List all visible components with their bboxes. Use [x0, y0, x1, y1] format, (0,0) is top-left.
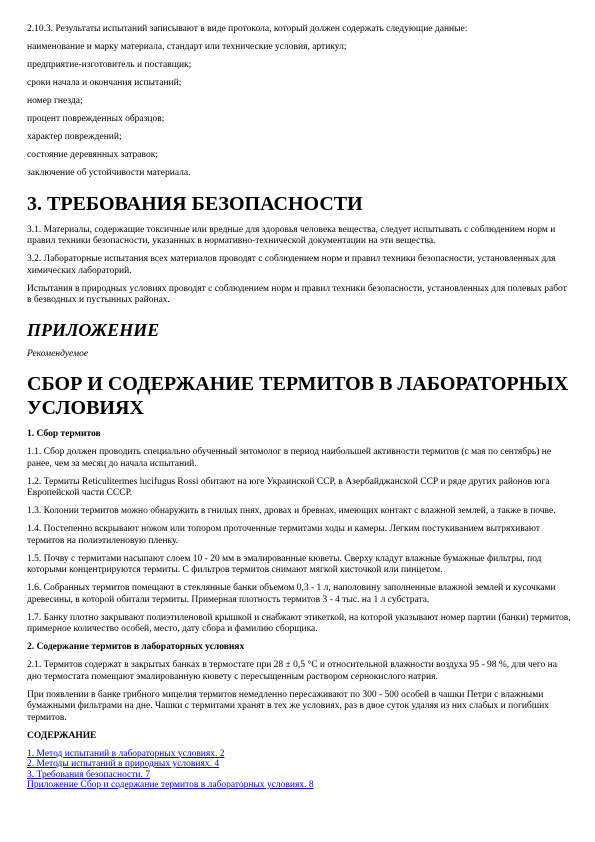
paragraph: 1.6. Собранных термитов помещают в стекл…: [27, 583, 573, 606]
paragraph: 3.1. Материалы, содержащие токсичные или…: [27, 225, 573, 248]
paragraph: 1.5. Почву с термитами насыпают слоем 10…: [27, 554, 573, 577]
paragraph: 1.2. Термиты Reticulitermes lucifugus Ro…: [27, 477, 573, 500]
toc-link[interactable]: 1. Метод испытаний в лабораторных услови…: [27, 749, 225, 759]
section-heading: 3. ТРЕБОВАНИЯ БЕЗОПАСНОСТИ: [27, 192, 573, 216]
toc-link[interactable]: 2. Методы испытаний в природных условиях…: [27, 759, 219, 769]
paragraph: 2.10.3. Результаты испытаний записывают …: [27, 24, 573, 36]
subsection-heading: 2. Содержание термитов в лабораторных ус…: [27, 642, 573, 654]
paragraph: характер повреждений;: [27, 132, 573, 144]
section-heading: СБОР И СОДЕРЖАНИЕ ТЕРМИТОВ В ЛАБОРАТОРНЫ…: [27, 372, 573, 420]
paragraph: процент поврежденных образцов;: [27, 114, 573, 126]
paragraph: предприятие-изготовитель и поставщик;: [27, 60, 573, 72]
paragraph: При появлении в банке грибного мицелия т…: [27, 690, 573, 725]
toc-line: 2. Методы испытаний в природных условиях…: [27, 759, 573, 770]
paragraph: 3.2. Лабораторные испытания всех материа…: [27, 254, 573, 277]
toc-line: Приложение Сбор и содержание термитов в …: [27, 780, 573, 791]
document-page: 2.10.3. Результаты испытаний записывают …: [0, 0, 595, 842]
paragraph: 1.1. Сбор должен проводить специально об…: [27, 447, 573, 470]
paragraph: наименование и марку материала, стандарт…: [27, 42, 573, 54]
subsection-heading: 1. Сбор термитов: [27, 429, 573, 441]
paragraph: номер гнезда;: [27, 96, 573, 108]
subsection-heading: СОДЕРЖАНИЕ: [27, 731, 573, 743]
paragraph: заключение об устойчивости материала.: [27, 168, 573, 180]
paragraph: 2.1. Термитов содержат в закрытых банках…: [27, 660, 573, 683]
paragraph: 1.7. Банку плотно закрывают полиэтиленов…: [27, 613, 573, 636]
toc-line: 3. Требования безопасности. 7: [27, 770, 573, 781]
toc-line: 1. Метод испытаний в лабораторных услови…: [27, 749, 573, 760]
toc-link[interactable]: Приложение Сбор и содержание термитов в …: [27, 780, 314, 790]
toc-link[interactable]: 3. Требования безопасности. 7: [27, 770, 150, 780]
appendix-heading: ПРИЛОЖЕНИЕ: [27, 319, 573, 341]
paragraph: состояние деревянных затравок;: [27, 150, 573, 162]
paragraph: Испытания в природных условиях проводят …: [27, 284, 573, 307]
paragraph: сроки начала и окончания испытаний;: [27, 78, 573, 90]
paragraph: 1.4. Постепенно вскрывают ножом или топо…: [27, 524, 573, 547]
appendix-note: Рекомендуемое: [27, 349, 573, 361]
paragraph: 1.3. Колонии термитов можно обнаружить в…: [27, 506, 573, 518]
document-body: 2.10.3. Результаты испытаний записывают …: [27, 24, 573, 791]
